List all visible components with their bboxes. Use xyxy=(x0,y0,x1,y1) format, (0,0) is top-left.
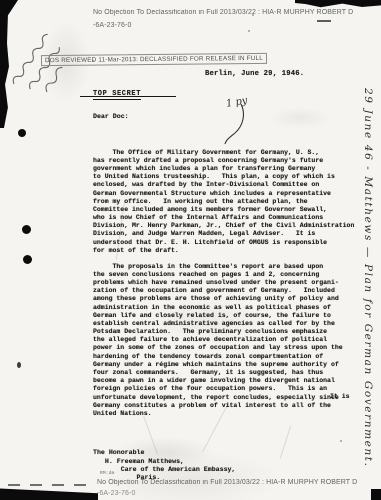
ink-dot xyxy=(23,255,32,264)
letter-line: enclosed, was drafted by the Inter-Divis… xyxy=(93,181,354,189)
paper-crease xyxy=(280,426,291,459)
address-line: H. Freeman Matthews, xyxy=(93,458,235,466)
scan-edge-bottom-left xyxy=(0,487,98,500)
letter-line: administration in the economic as well a… xyxy=(93,304,343,312)
speck xyxy=(340,440,342,442)
letter-line: establish central administrative agencie… xyxy=(93,320,343,328)
scan-dash-marks xyxy=(8,484,96,486)
ink-dot xyxy=(18,129,26,137)
scan-edge-bottom-right xyxy=(371,489,381,500)
dateline: Berlin, June 29, 1946. xyxy=(205,70,304,78)
letter-line: German life and closely related is, of c… xyxy=(93,312,343,320)
body-paragraph-2: The proposals in the Committee's report … xyxy=(93,238,343,418)
letter-line: the seven conclusions reached on pages 1… xyxy=(93,271,343,279)
letter-line: Germany under a régime which maintains t… xyxy=(93,361,343,369)
letter-line: Committee included among its members for… xyxy=(93,206,354,214)
speck xyxy=(248,30,250,32)
speck xyxy=(92,60,94,62)
letter-line: four zonal commanders. Germany, it is su… xyxy=(93,369,343,377)
scanned-letter-page: No Objection To Declassification in Full… xyxy=(0,0,381,500)
address-line: The Honorable xyxy=(93,449,235,457)
letter-line: The proposals in the Committee's report … xyxy=(93,263,343,271)
letter-line: from my office. In working out the attac… xyxy=(93,198,354,206)
salutation: Dear Doc: xyxy=(93,113,129,120)
letter-line: among these problems are those of achiev… xyxy=(93,295,343,303)
letter-line: Germany constitutes a problem of vital i… xyxy=(93,402,343,410)
margin-filing-note: 29 June 46 - Matthews — Plan for German … xyxy=(362,88,374,488)
catchword: It is xyxy=(330,393,350,400)
body-paragraph-1: The Office of Military Government for Ge… xyxy=(93,124,354,255)
letter-line: power in some of the zones of occupation… xyxy=(93,344,343,352)
letter-line: foreign policies of the four occupation … xyxy=(93,385,343,393)
letter-line: government which includes a plan for tra… xyxy=(93,165,354,173)
letter-line: unfortunate development, the report conc… xyxy=(93,394,343,402)
stamp-underline-mark xyxy=(317,20,331,22)
declass-stamp-bottom-line1: No Objection To Declassification in Full… xyxy=(97,479,381,486)
classification-label: TOP SECRET xyxy=(93,90,141,100)
declass-stamp-top-line1: No Objection To Declassification in Full… xyxy=(93,9,381,16)
speck xyxy=(252,14,254,16)
letter-line: has recently drafted a proposal concerni… xyxy=(93,157,354,165)
letter-line: United Nations. xyxy=(93,410,343,418)
dos-review-stamp: DOS REVIEWED 11-Mar-2013: DECLASSIFIED F… xyxy=(41,53,267,66)
ink-dot xyxy=(22,225,31,234)
ink-dot xyxy=(17,362,21,368)
letter-line: German Governmental Structure which incl… xyxy=(93,190,354,198)
declass-stamp-bottom-line2: -6A-23-76-0 xyxy=(97,490,135,497)
typist-initials: RM:dm xyxy=(100,471,115,476)
scan-edge-top-right xyxy=(295,0,381,9)
declass-stamp-top-line2: -6A-23-76-0 xyxy=(93,22,131,29)
letter-line: hardening of the tendency towards zonal … xyxy=(93,353,343,361)
classification-marking: TOP SECRET xyxy=(80,90,176,102)
letter-line: problems which have remained unsolved un… xyxy=(93,279,343,287)
letter-line: The Office of Military Government for Ge… xyxy=(93,149,354,157)
